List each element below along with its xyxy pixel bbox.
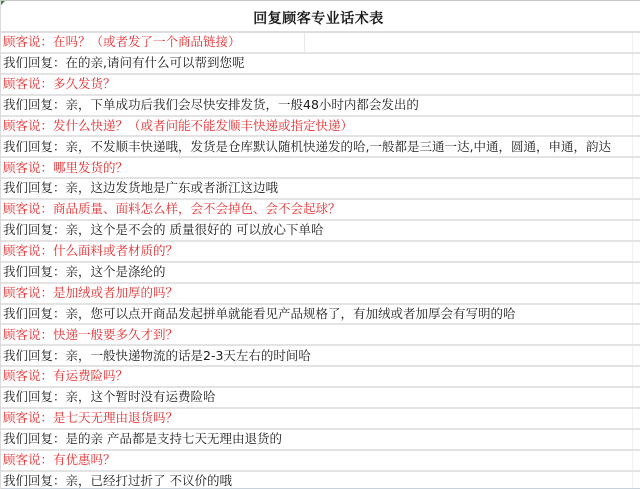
customer-says-text: 顾客说：是七天无理由退货吗？ <box>1 412 178 425</box>
column-divider <box>632 305 633 324</box>
table-row-customer[interactable]: 顾客说：是加绒或者加厚的吗？ <box>1 284 640 305</box>
customer-says-text: 顾客说：有优惠吗？ <box>1 454 116 467</box>
table-row-customer[interactable]: 顾客说：哪里发货的？ <box>1 158 640 179</box>
table-row-reply[interactable]: 我们回复：亲，这边发货地是广东或者浙江这边哦 <box>1 179 640 200</box>
table-row-customer[interactable]: 顾客说：商品质量、面料怎么样，会不会掉色、会不会起球？ <box>1 200 640 221</box>
column-divider <box>632 96 633 115</box>
table-row-reply[interactable]: 我们回复：亲，这个是不会的 质量很好的 可以放心下单哈 <box>1 221 640 242</box>
column-divider <box>632 137 633 156</box>
column-divider <box>632 346 633 365</box>
customer-says-text: 顾客说：商品质量、面料怎么样，会不会掉色、会不会起球？ <box>1 203 341 216</box>
our-reply-text: 我们回复：亲，这个是不会的 质量很好的 可以放心下单哈 <box>1 224 323 237</box>
column-divider <box>632 409 633 428</box>
column-divider <box>632 472 633 489</box>
table-row-customer[interactable]: 顾客说：多久发货？ <box>1 75 640 96</box>
our-reply-text: 我们回复：在的亲,请问有什么可以帮到您呢 <box>1 57 244 70</box>
our-reply-text: 我们回复：亲，这个是涤纶的 <box>1 266 166 279</box>
customer-says-text: 顾客说：是加绒或者加厚的吗？ <box>1 287 178 300</box>
customer-says-text: 顾客说：多久发货？ <box>1 78 116 91</box>
our-reply-text: 我们回复：亲，您可以点开商品发起拼单就能看见产品规格了，有加绒或者加厚会有写明的… <box>1 308 516 321</box>
column-divider <box>632 242 633 261</box>
column-divider <box>632 367 633 386</box>
our-reply-text: 我们回复：是的亲 产品都是支持七天无理由退货的 <box>1 433 282 446</box>
customer-says-text: 顾客说：在吗？（或者发了一个商品链接） <box>1 36 241 49</box>
our-reply-text: 我们回复：亲，这边发货地是广东或者浙江这边哦 <box>1 182 278 195</box>
table-row-reply[interactable]: 我们回复：亲，您可以点开商品发起拼单就能看见产品规格了，有加绒或者加厚会有写明的… <box>1 305 640 326</box>
column-divider <box>632 158 633 177</box>
column-divider <box>632 117 633 136</box>
table-row-customer[interactable]: 顾客说：是七天无理由退货吗？ <box>1 409 640 430</box>
column-divider <box>632 325 633 344</box>
column-divider <box>632 284 633 303</box>
column-divider <box>304 33 305 52</box>
column-divider <box>632 430 633 449</box>
title-cell[interactable]: 回复顾客专业话术表 <box>1 5 640 33</box>
our-reply-text: 我们回复：亲，已经打过折了 不议价的哦 <box>1 475 232 488</box>
table-row-reply[interactable]: 我们回复：亲，一般快递物流的话是2-3天左右的时间哈 <box>1 346 640 367</box>
customer-says-text: 顾客说：发什么快递？（或者问能不能发顺丰快递或指定快递） <box>1 120 353 133</box>
table-row-reply[interactable]: 我们回复：在的亲,请问有什么可以帮到您呢 <box>1 54 640 75</box>
table-row-reply[interactable]: 我们回复：亲，这个暂时没有运费险哈 <box>1 388 640 409</box>
table-row-customer[interactable]: 顾客说：有运费险吗？ <box>1 367 640 388</box>
our-reply-text: 我们回复：亲，下单成功后我们会尽快安排发货，一般48小时内都会发出的 <box>1 99 419 112</box>
customer-says-text: 顾客说：什么面料或者材质的？ <box>1 245 178 258</box>
spreadsheet: 回复顾客专业话术表 顾客说：在吗？（或者发了一个商品链接） 我们回复：在的亲,请… <box>0 0 640 489</box>
column-divider <box>632 33 633 52</box>
table-row-reply[interactable]: 我们回复：是的亲 产品都是支持七天无理由退货的 <box>1 430 640 451</box>
column-divider <box>632 54 633 73</box>
customer-says-text: 顾客说：快递一般要多久才到？ <box>1 329 178 342</box>
column-divider <box>632 179 633 198</box>
script-table: 顾客说：在吗？（或者发了一个商品链接） 我们回复：在的亲,请问有什么可以帮到您呢… <box>1 33 640 489</box>
table-row-customer[interactable]: 顾客说：有优惠吗？ <box>1 451 640 472</box>
customer-says-text: 顾客说：有运费险吗？ <box>1 370 128 383</box>
column-divider <box>632 75 633 94</box>
table-row-reply[interactable]: 我们回复：亲，下单成功后我们会尽快安排发货，一般48小时内都会发出的 <box>1 96 640 117</box>
column-divider <box>632 388 633 407</box>
table-row-customer[interactable]: 顾客说：发什么快递？（或者问能不能发顺丰快递或指定快递） <box>1 117 640 138</box>
table-row-reply[interactable]: 我们回复：亲，这个是涤纶的 <box>1 263 640 284</box>
sheet-title: 回复顾客专业话术表 <box>253 8 384 28</box>
column-divider <box>632 200 633 219</box>
column-divider <box>632 263 633 282</box>
table-row-reply[interactable]: 我们回复：亲，已经打过折了 不议价的哦 <box>1 472 640 489</box>
our-reply-text: 我们回复：亲，一般快递物流的话是2-3天左右的时间哈 <box>1 350 311 363</box>
customer-says-text: 顾客说：哪里发货的？ <box>1 162 128 175</box>
our-reply-text: 我们回复：亲，不发顺丰快递哦，发货是仓库默认随机快递发的哈,一般都是三通一达,中… <box>1 141 611 154</box>
column-divider <box>632 451 633 470</box>
column-divider <box>632 221 633 240</box>
table-row-customer[interactable]: 顾客说：快递一般要多久才到？ <box>1 325 640 346</box>
table-row-reply[interactable]: 我们回复：亲，不发顺丰快递哦，发货是仓库默认随机快递发的哈,一般都是三通一达,中… <box>1 137 640 158</box>
table-row-customer[interactable]: 顾客说：什么面料或者材质的？ <box>1 242 640 263</box>
our-reply-text: 我们回复：亲，这个暂时没有运费险哈 <box>1 391 216 404</box>
table-row-customer[interactable]: 顾客说：在吗？（或者发了一个商品链接） <box>1 33 640 54</box>
